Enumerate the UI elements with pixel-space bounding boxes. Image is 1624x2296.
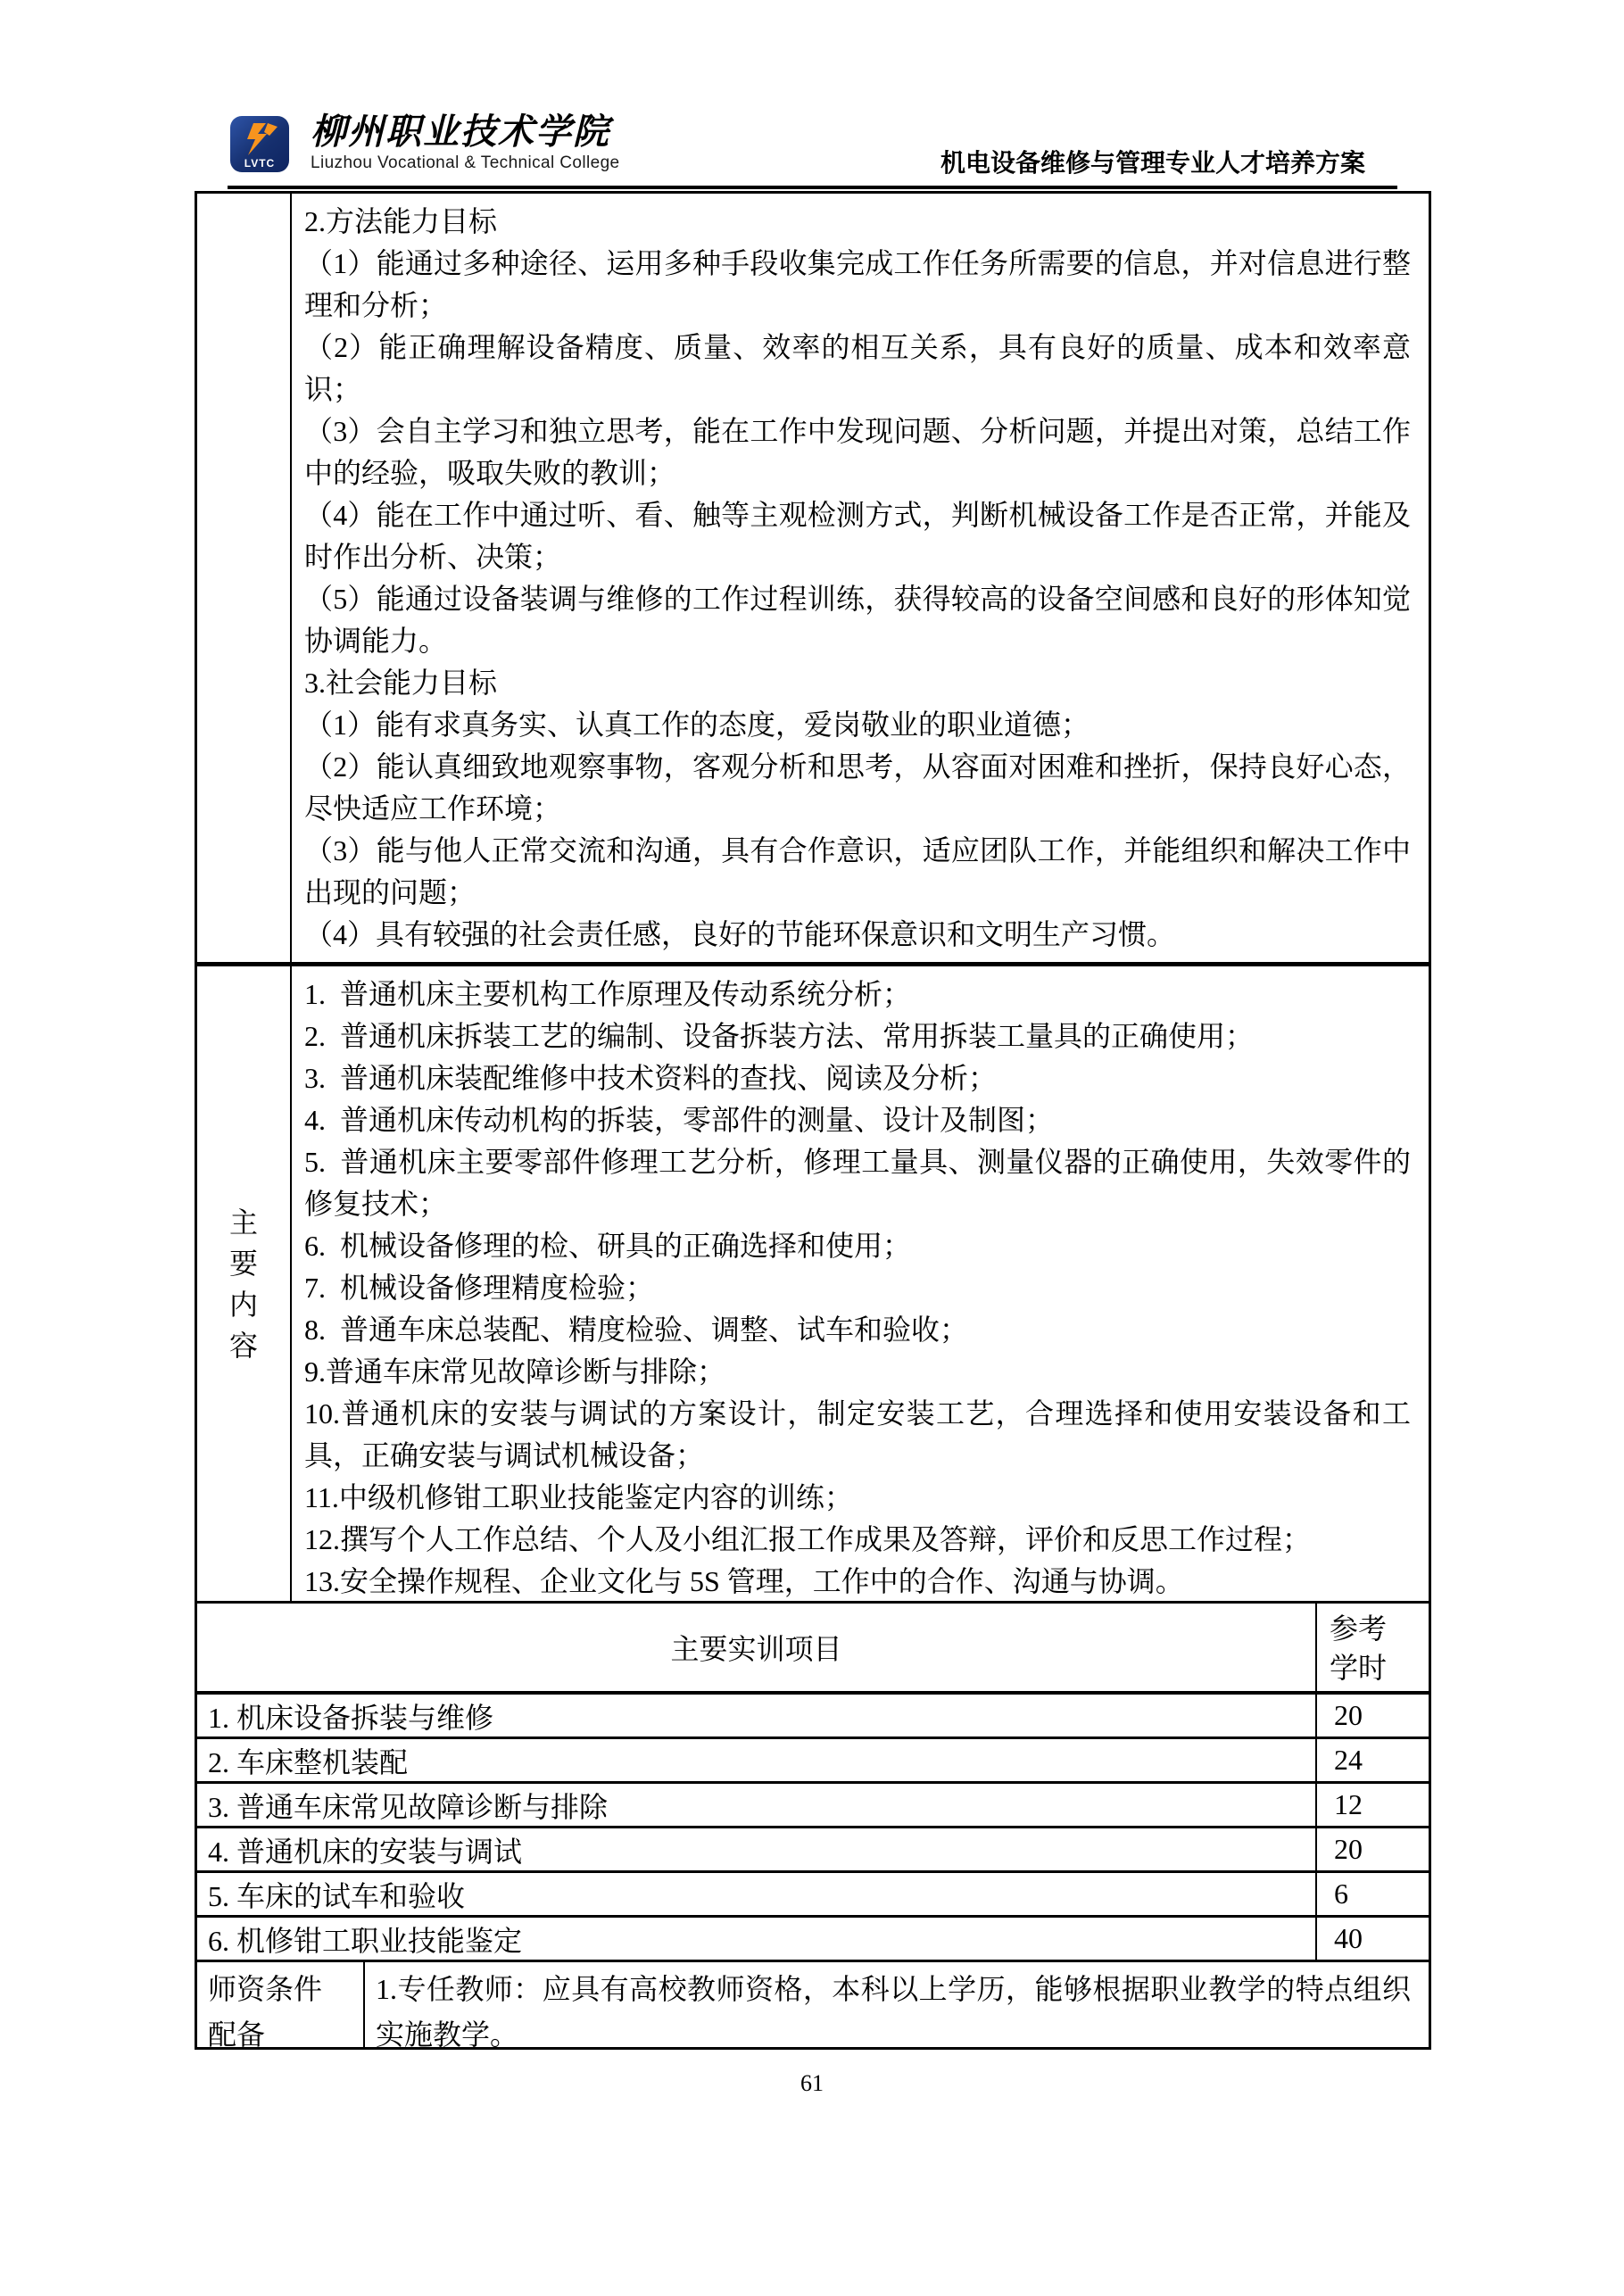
training-row: 6. 机修钳工职业技能鉴定 40 <box>197 1918 1429 1962</box>
goals-line: （2）能认真细致地观察事物，客观分析和思考，从容面对困难和挫折，保持良好心态，尽… <box>304 746 1411 830</box>
content-item: 9.普通车床常见故障诊断与排除； <box>304 1351 1411 1393</box>
teacher-requirements-content: 1.专任教师：应具有高校教师资格，本科以上学历，能够根据职业教学的特点组织实施教… <box>365 1962 1429 2047</box>
content-item: 5. 普通机床主要零部件修理工艺分析，修理工量具、测量仪器的正确使用，失效零件的… <box>304 1141 1411 1225</box>
label-char: 主 <box>229 1202 258 1243</box>
goals-line: 3.社会能力目标 <box>304 662 1411 704</box>
goals-line: （4）能在工作中通过听、看、触等主观检测方式，判断机械设备工作是否正常，并能及时… <box>304 494 1411 578</box>
content-item: 4. 普通机床传动机构的拆装，零部件的测量、设计及制图； <box>304 1099 1411 1141</box>
training-row: 3. 普通车床常见故障诊断与排除 12 <box>197 1784 1429 1828</box>
page-number: 61 <box>0 2070 1624 2097</box>
training-project-hours: 12 <box>1315 1784 1429 1826</box>
training-project-hours: 20 <box>1315 1828 1429 1870</box>
main-content-cell: 1. 普通机床主要机构工作原理及传动系统分析； 2. 普通机床拆装工艺的编制、设… <box>292 966 1429 1601</box>
training-project-hours: 20 <box>1315 1695 1429 1737</box>
main-content-label-cell: 主 要 内 容 <box>197 966 292 1601</box>
label-char: 要 <box>229 1243 258 1284</box>
training-plan-table: 2.方法能力目标 （1）能通过多种途径、运用多种手段收集完成工作任务所需要的信息… <box>195 191 1431 2050</box>
training-project-name: 2. 车床整机装配 <box>197 1739 1315 1781</box>
reference-hours-header: 参考 学时 <box>1315 1604 1429 1691</box>
content-item: 10.普通机床的安装与调试的方案设计，制定安装工艺，合理选择和使用安装设备和工具… <box>304 1393 1411 1477</box>
training-project-name: 4. 普通机床的安装与调试 <box>197 1828 1315 1870</box>
goals-line: （2）能正确理解设备精度、质量、效率的相互关系，具有良好的质量、成本和效率意识； <box>304 327 1411 410</box>
teacher-requirements-row: 师资条件 配备 1.专任教师：应具有高校教师资格，本科以上学历，能够根据职业教学… <box>197 1962 1429 2047</box>
content-item: 8. 普通车床总装配、精度检验、调整、试车和验收； <box>304 1309 1411 1351</box>
goals-row-content-cell: 2.方法能力目标 （1）能通过多种途径、运用多种手段收集完成工作任务所需要的信息… <box>292 194 1429 962</box>
header-divider <box>228 186 1397 189</box>
training-project-hours: 6 <box>1315 1873 1429 1915</box>
goals-line: （3）会自主学习和独立思考，能在工作中发现问题、分析问题，并提出对策，总结工作中… <box>304 410 1411 494</box>
goals-line: （1）能通过多种途径、运用多种手段收集完成工作任务所需要的信息，并对信息进行整理… <box>304 243 1411 327</box>
content-item: 11.中级机修钳工职业技能鉴定内容的训练； <box>304 1477 1411 1519</box>
training-project-name: 1. 机床设备拆装与维修 <box>197 1695 1315 1737</box>
content-item: 6. 机械设备修理的检、研具的正确选择和使用； <box>304 1225 1411 1267</box>
training-row: 5. 车床的试车和验收 6 <box>197 1873 1429 1918</box>
document-title: 机电设备维修与管理专业人才培养方案 <box>0 150 1365 178</box>
training-project-hours: 40 <box>1315 1918 1429 1960</box>
training-row: 1. 机床设备拆装与维修 20 <box>197 1695 1429 1739</box>
training-project-name: 6. 机修钳工职业技能鉴定 <box>197 1918 1315 1960</box>
content-item: 3. 普通机床装配维修中技术资料的查找、阅读及分析； <box>304 1057 1411 1099</box>
training-project-name: 5. 车床的试车和验收 <box>197 1873 1315 1915</box>
main-content-row: 主 要 内 容 1. 普通机床主要机构工作原理及传动系统分析； 2. 普通机床拆… <box>197 966 1429 1604</box>
goals-line: （1）能有求真务实、认真工作的态度，爱岗敬业的职业道德； <box>304 704 1411 746</box>
content-item: 13.安全操作规程、企业文化与 5S 管理，工作中的合作、沟通与协调。 <box>304 1561 1411 1601</box>
label-char: 容 <box>229 1325 258 1366</box>
main-content-vertical-label: 主 要 内 容 <box>229 1202 258 1366</box>
training-projects-title: 主要实训项目 <box>197 1604 1315 1691</box>
content-item: 7. 机械设备修理精度检验； <box>304 1267 1411 1309</box>
goals-row-label-cell <box>197 194 292 962</box>
goals-line: 2.方法能力目标 <box>304 201 1411 243</box>
training-projects-header-row: 主要实训项目 参考 学时 <box>197 1604 1429 1695</box>
goals-line: （3）能与他人正常交流和沟通，具有合作意识，适应团队工作，并能组织和解决工作中出… <box>304 830 1411 914</box>
content-item: 2. 普通机床拆装工艺的编制、设备拆装方法、常用拆装工量具的正确使用； <box>304 1015 1411 1057</box>
content-item: 1. 普通机床主要机构工作原理及传动系统分析； <box>304 974 1411 1015</box>
hours-header-line: 参考 <box>1330 1609 1429 1648</box>
teacher-requirements-label: 师资条件 配备 <box>197 1962 365 2047</box>
training-project-name: 3. 普通车床常见故障诊断与排除 <box>197 1784 1315 1826</box>
document-page: LVTC 柳州职业技术学院 Liuzhou Vocational & Techn… <box>0 0 1624 2296</box>
teacher-label-line: 师资条件 <box>208 1967 363 2012</box>
hours-header-line: 学时 <box>1330 1648 1429 1687</box>
training-row: 2. 车床整机装配 24 <box>197 1739 1429 1784</box>
training-project-hours: 24 <box>1315 1739 1429 1781</box>
content-item: 12.撰写个人工作总结、个人及小组汇报工作成果及答辩，评价和反思工作过程； <box>304 1519 1411 1561</box>
teacher-label-line: 配备 <box>208 2012 363 2058</box>
training-row: 4. 普通机床的安装与调试 20 <box>197 1828 1429 1873</box>
college-name-chinese: 柳州职业技术学院 <box>311 111 610 153</box>
label-char: 内 <box>229 1284 258 1325</box>
goals-line: （5）能通过设备装调与维修的工作过程训练，获得较高的设备空间感和良好的形体知觉协… <box>304 578 1411 662</box>
goals-line: （4）具有较强的社会责任感，良好的节能环保意识和文明生产习惯。 <box>304 914 1411 956</box>
ability-goals-row: 2.方法能力目标 （1）能通过多种途径、运用多种手段收集完成工作任务所需要的信息… <box>197 194 1429 966</box>
